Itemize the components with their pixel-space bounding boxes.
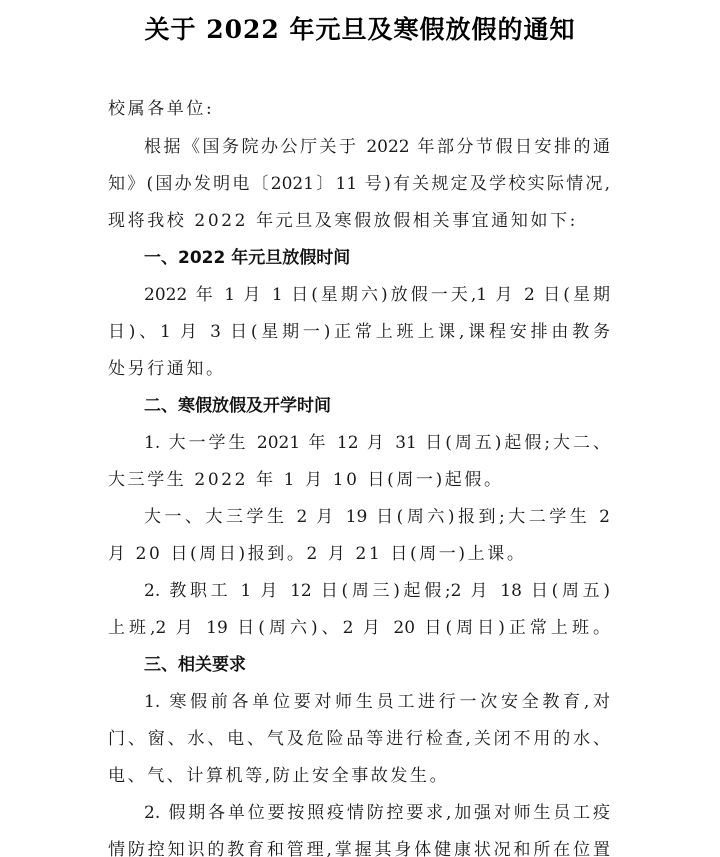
paragraph-line: 大三学生 2022 年 1 月 10 日(周一)起假。 [108,467,610,493]
paragraph-line: 2022 年 1 月 1 日(星期六)放假一天,1 月 2 日(星期 [144,282,610,308]
paragraph-line: 月 20 日(周日)报到。2 月 21 日(周一)上课。 [108,541,610,567]
paragraph-line: 1. 寒假前各单位要对师生员工进行一次安全教育,对 [144,689,610,715]
section-heading-1: 一、2022 年元旦放假时间 [144,245,350,271]
intro-line: 知》(国办发明电〔2021〕11 号)有关规定及学校实际情况, [108,171,610,197]
paragraph-line: 2. 教职工 1 月 12 日(周三)起假;2 月 18 日(周五) [144,578,610,604]
intro-line: 现将我校 2022 年元旦及寒假放假相关事宜通知如下: [108,208,610,234]
intro-line: 根据《国务院办公厅关于 2022 年部分节假日安排的通 [144,134,610,160]
document-page: 关于 2022 年元旦及寒假放假的通知 校属各单位: 根据《国务院办公厅关于 2… [0,0,720,857]
paragraph-line: 日)、1 月 3 日(星期一)正常上班上课,课程安排由教务 [108,319,610,345]
paragraph-line: 情防控知识的教育和管理,掌握其身体健康状况和所在位置 [108,837,610,857]
paragraph-line: 2. 假期各单位要按照疫情防控要求,加强对师生员工疫 [144,800,610,826]
document-title: 关于 2022 年元旦及寒假放假的通知 [0,10,720,46]
section-heading-3: 三、相关要求 [144,652,246,678]
section-heading-2: 二、寒假放假及开学时间 [144,393,331,419]
paragraph-line: 处另行通知。 [108,356,610,382]
paragraph-line: 电、气、计算机等,防止安全事故发生。 [108,763,610,789]
salutation: 校属各单位: [108,96,610,122]
paragraph-line: 上班,2 月 19 日(周六)、2 月 20 日(周日)正常上班。 [108,615,610,641]
paragraph-line: 门、窗、水、电、气及危险品等进行检查,关闭不用的水、 [108,726,610,752]
paragraph-line: 大一、大三学生 2 月 19 日(周六)报到;大二学生 2 [144,504,610,530]
paragraph-line: 1. 大一学生 2021 年 12 月 31 日(周五)起假;大二、 [144,430,610,456]
